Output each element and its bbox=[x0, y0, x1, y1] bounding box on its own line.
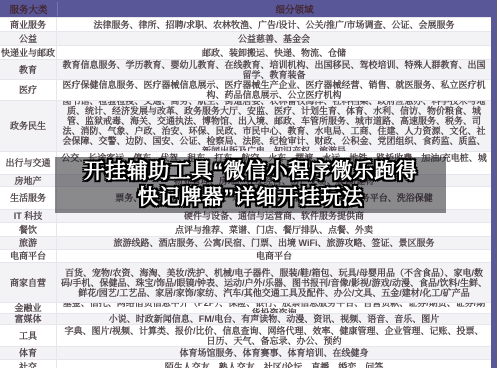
table-header-row: 服务大类 细分领域 bbox=[0, 0, 491, 17]
table-row: 金融业基金、信托、网络借贷信息中介（P2P）、保险、银行、股票信息服务平台、自营… bbox=[0, 302, 491, 313]
category-cell: 商业服务 bbox=[0, 18, 57, 31]
category-cell: 工具 bbox=[0, 325, 57, 346]
table-row: 快递业与邮政邮政、装卸搬运、快递、物流、仓储 bbox=[0, 45, 491, 59]
category-cell: 电商平台 bbox=[0, 250, 57, 262]
table-row: 教育教育信息服务、学历教育、婴幼儿教育、在线教育、培训机构、出国移民、驾校培训、… bbox=[0, 59, 491, 79]
category-cell: 旅游 bbox=[0, 237, 57, 249]
category-cell: 餐饮 bbox=[0, 223, 57, 236]
promo-overlay-line2: 快记牌器”详细开挂玩法 bbox=[138, 185, 364, 211]
category-cell: 社交 bbox=[0, 360, 57, 368]
category-cell: 房地产 bbox=[0, 175, 57, 186]
category-cell: IT 科技 bbox=[0, 210, 57, 222]
subfields-cell: 教育信息服务、学历教育、婴幼儿教育、在线教育、培训机构、出国移民、驾校培训、特殊… bbox=[57, 60, 491, 79]
table-row: 社交陌生人交友、熟人交友、社区/论坛、直播、婚恋、问答 bbox=[0, 359, 491, 368]
table-row: 商家自营百货、宠物/农资、海淘、美妆/洗护、机械/电子器件、服装/鞋/箱包、玩具… bbox=[0, 262, 491, 302]
category-cell: 政务民生 bbox=[0, 101, 57, 151]
category-cell: 医疗 bbox=[0, 80, 57, 100]
table-row: 医疗医疗保健信息服务、医疗器械信息展示、医疗器械生产企业、医疗器械经营、销售、就… bbox=[0, 79, 491, 100]
subfields-cell: 公益慈善、基金会 bbox=[57, 32, 491, 45]
category-cell: 金融业 bbox=[0, 303, 57, 313]
category-cell: 体育 bbox=[0, 347, 57, 359]
table-row: 餐饮点评与推荐、菜谱、门店、餐厅排队、点餐、外卖 bbox=[0, 222, 491, 236]
subfields-cell: 百货、宠物/农资、海淘、美妆/洗护、机械/电子器件、服装/鞋/箱包、玩具/母婴用… bbox=[57, 263, 491, 302]
subfields-cell: 小说、时政新闻信息、FM/电台、有声读物、动漫、资讯、视频、语音、音乐、图片 bbox=[57, 314, 491, 324]
subfields-cell: 旅游线路、酒店服务、公寓/民宿、门票、出境 WiFi、旅游攻略、签证、景区服务 bbox=[57, 237, 491, 249]
header-subfields: 细分领域 bbox=[58, 2, 491, 16]
subfields-cell: 点评与推荐、菜谱、门店、餐厅排队、点餐、外卖 bbox=[57, 223, 491, 236]
promo-overlay: 开挂辅助工具“微信小程序微乐跑得 快记牌器”详细开挂玩法 bbox=[55, 157, 446, 213]
table-row: 公益公益慈善、基金会 bbox=[0, 31, 491, 45]
header-category: 服务大类 bbox=[0, 2, 58, 16]
subfields-cell: 邮政、装卸搬运、快递、物流、仓储 bbox=[57, 46, 491, 59]
subfields-cell: 电商平台 bbox=[57, 250, 491, 262]
table-row: 旅游旅游线路、酒店服务、公寓/民宿、门票、出境 WiFi、旅游攻略、签证、景区服… bbox=[0, 236, 491, 249]
category-cell: 生活服务 bbox=[0, 187, 57, 209]
subfields-cell: 陌生人交友、熟人交友、社区/论坛、直播、婚恋、问答 bbox=[57, 360, 491, 368]
table-row: 电商平台电商平台 bbox=[0, 249, 491, 262]
category-cell: 商家自营 bbox=[0, 263, 57, 302]
category-cell: 快递业与邮政 bbox=[0, 46, 57, 59]
category-cell: 教育 bbox=[0, 60, 57, 79]
subfields-cell: 字典、图片/视频、计算类、报价/比价、信息查询、网络代理、效率、健康管理、企业管… bbox=[57, 325, 491, 346]
scrollbar[interactable] bbox=[491, 0, 497, 368]
table-row: 政务民生图书馆、检验检疫、交通、商务、航空、街道居委、农林畜牧海洋、社科档案、政… bbox=[0, 100, 491, 151]
table-row: 工具字典、图片/视频、计算类、报价/比价、信息查询、网络代理、效率、健康管理、企… bbox=[0, 324, 491, 346]
table-row: 体育体育场馆服务、体育赛事、体育培训、在线健身 bbox=[0, 346, 491, 359]
category-cell: 公益 bbox=[0, 32, 57, 45]
subfields-cell: 法律服务、律所、招聘/求职、农林牧渔、广告/设计、公关/推广/市场调查、公证、会… bbox=[57, 18, 491, 31]
subfields-cell: 图书馆、检验检疫、交通、商务、航空、街道居委、农林畜牧海洋、社科档案、政府应急办… bbox=[57, 101, 491, 151]
subfields-cell: 体育场馆服务、体育赛事、体育培训、在线健身 bbox=[57, 347, 491, 359]
promo-overlay-line1: 开挂辅助工具“微信小程序微乐跑得 bbox=[84, 159, 418, 185]
category-cell: 出行与交通 bbox=[0, 152, 57, 174]
table-row: 商业服务法律服务、律所、招聘/求职、农林牧渔、广告/设计、公关/推广/市场调查、… bbox=[0, 17, 491, 31]
category-cell: 富媒体 bbox=[0, 314, 57, 324]
subfields-cell: 医疗保健信息服务、医疗器械信息展示、医疗器械生产企业、医疗器械经营、销售、就医服… bbox=[57, 80, 491, 100]
table-row: 富媒体小说、时政新闻信息、FM/电台、有声读物、动漫、资讯、视频、语音、音乐、图… bbox=[0, 313, 491, 324]
subfields-cell: 基金、信托、网络借贷信息中介（P2P）、保险、银行、股票信息服务平台、自营贷款、… bbox=[57, 303, 491, 313]
